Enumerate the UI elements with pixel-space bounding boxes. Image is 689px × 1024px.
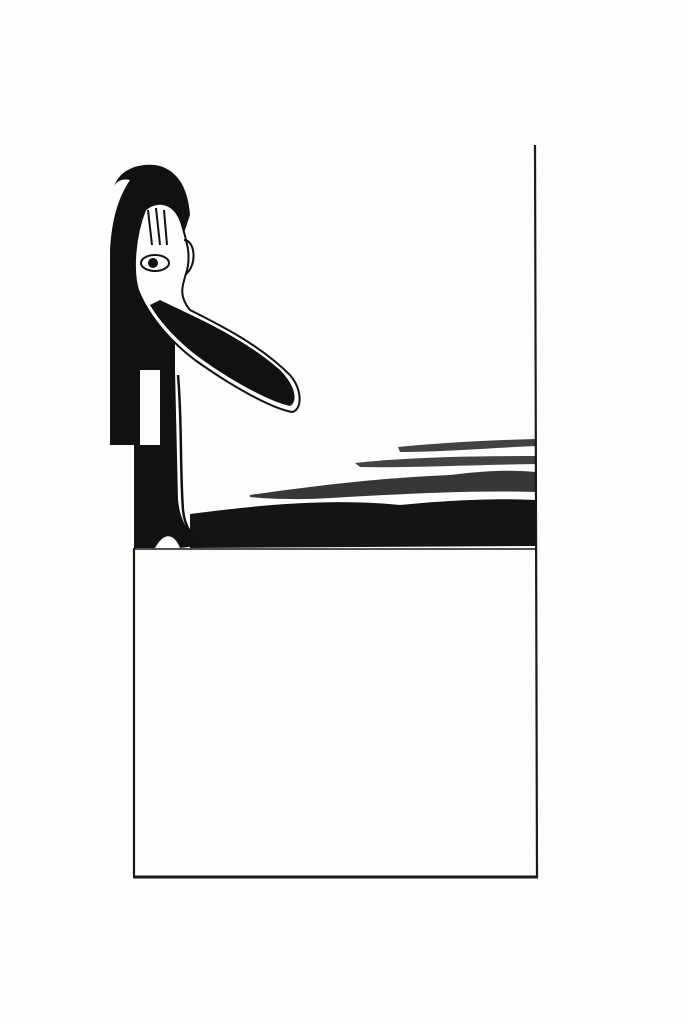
window-notch (140, 372, 160, 444)
pupil (148, 258, 158, 268)
horizon-strokes (190, 439, 536, 548)
figure (110, 165, 300, 548)
ink-drawing (0, 0, 689, 1024)
